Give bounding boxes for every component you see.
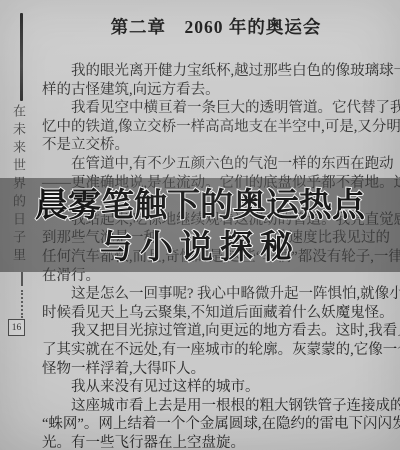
overlay-headline-line1: 晨雾笔触下的奥运热点 — [35, 184, 365, 226]
body-text-line: 了其实就在不远处,有一座城市的轮廓。灰蒙蒙的,它像一个 — [42, 341, 392, 360]
body-text-line: 光。有一些飞行器在上空盘旋。 — [42, 434, 392, 450]
margin-dotted-rule — [21, 290, 23, 318]
body-text-line: “蛛网”。网上结着一个个金属圆球,在隐约的雷电下闪闪发 — [42, 415, 392, 434]
overlay-headline-line2: 与小说探秘 — [100, 226, 300, 268]
chapter-title: 第二章 2060 年的奥运会 — [42, 14, 390, 39]
body-text-line: 这是怎么一回事呢? 我心中略微升起一阵惧怕,就像小 — [42, 285, 392, 304]
body-text-line: 在管道中,有不少五颜六色的气泡一样的东西在跑动 — [42, 155, 392, 174]
page-number-badge: 16 — [8, 319, 25, 336]
body-text-line: 我看见空中横亘着一条巨大的透明管道。它代替了我记 — [42, 99, 392, 118]
body-text-line: 这座城市看上去是用一根根的粗大钢铁管子连接成的 — [42, 397, 392, 416]
book-page-photo: 第二章 2060 年的奥运会 在未来世界的日子里 16 我的眼光离开健力宝纸杯,… — [0, 0, 400, 450]
margin-rule-line — [20, 13, 23, 101]
body-text-line: 我从来没有见过这样的城市。 — [42, 378, 392, 397]
body-text-line: 样的古怪建筑,向远方看去。 — [42, 81, 392, 100]
margin-dash — [21, 272, 23, 286]
overlay-headline: 晨雾笔触下的奥运热点 与小说探秘 — [0, 180, 400, 272]
body-text-line: 我又把目光掠过管道,向更远的地方看去。这时,我看见 — [42, 322, 392, 341]
body-text-line: 我的眼光离开健力宝纸杯,越过那些白色的像玻璃球一 — [42, 62, 392, 81]
body-text-line: 时候看见天上乌云聚集,不知道后面藏着什么妖魔鬼怪。 — [42, 304, 392, 323]
body-text-line: 忆中的铁道,像立交桥一样高高地支在半空中,可是,又分明 — [42, 118, 392, 137]
page-number: 16 — [12, 323, 22, 333]
body-text-line: 不是立交桥。 — [42, 136, 392, 155]
body-text-line: 怪物一样浮着,大得吓人。 — [42, 360, 392, 379]
